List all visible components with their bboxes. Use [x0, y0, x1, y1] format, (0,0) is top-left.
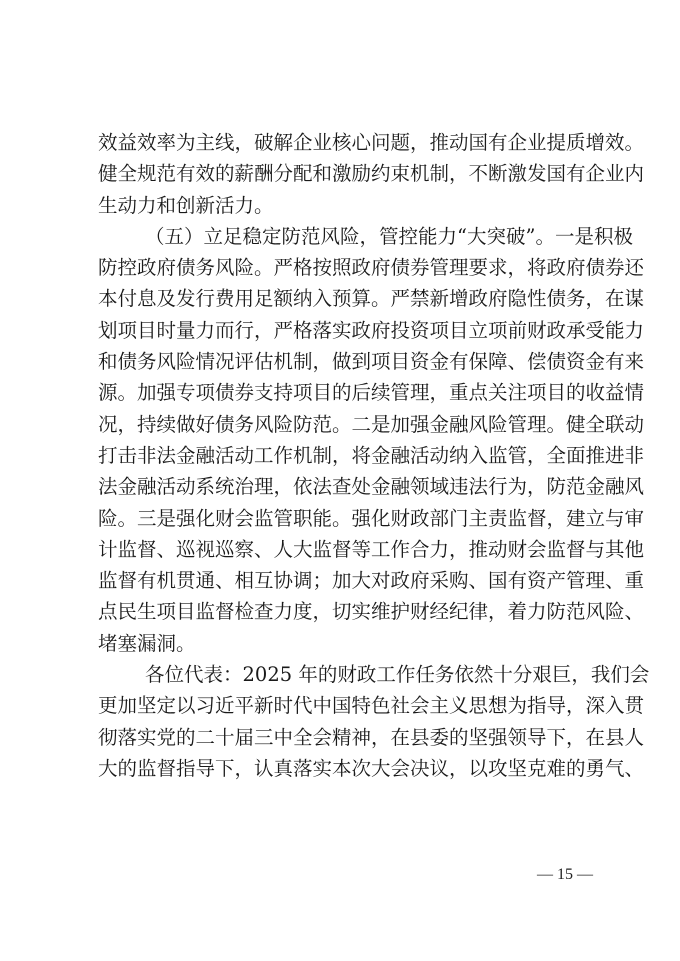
text-line: 监督有机贯通、相互协调；加大对政府采购、国有资产管理、重	[98, 565, 598, 596]
text-line: 生动力和创新活力。	[98, 190, 598, 221]
text-line: 险。三是强化财会监管职能。强化财政部门主责监督，建立与审	[98, 503, 598, 534]
text-line: 法金融活动系统治理，依法查处金融领域违法行为，防范金融风	[98, 471, 598, 502]
text-line: 和债务风险情况评估机制，做到项目资金有保障、偿债资金有来	[98, 346, 598, 377]
text-line: 大的监督指导下，认真落实本次大会决议，以攻坚克难的勇气、	[98, 753, 598, 784]
text-line: 况，持续做好债务风险防范。二是加强金融风险管理。健全联动	[98, 409, 598, 440]
text-line: 堵塞漏洞。	[98, 628, 598, 659]
text-line: 划项目时量力而行，严格落实政府投资项目立项前财政承受能力	[98, 315, 598, 346]
document-page: 效益效率为主线，破解企业核心问题，推动国有企业提质增效。 健全规范有效的薪酬分配…	[0, 0, 680, 961]
text-line: 点民生项目监督检查力度，切实维护财经纪律，着力防范风险、	[98, 596, 598, 627]
section-heading-line: （五）立足稳定防范风险，管控能力“大突破”。一是积极	[98, 221, 598, 252]
text-line: 效益效率为主线，破解企业核心问题，推动国有企业提质增效。	[98, 127, 598, 158]
text-line: 本付息及发行费用足额纳入预算。严禁新增政府隐性债务，在谋	[98, 283, 598, 314]
text-line: 防控政府债务风险。严格按照政府债券管理要求，将政府债券还	[98, 252, 598, 283]
body-text: 效益效率为主线，破解企业核心问题，推动国有企业提质增效。 健全规范有效的薪酬分配…	[98, 127, 598, 784]
text-line: 各位代表：2025 年的财政工作任务依然十分艰巨，我们会	[98, 659, 598, 690]
text-line: 更加坚定以习近平新时代中国特色社会主义思想为指导，深入贯	[98, 690, 598, 721]
text-line: 健全规范有效的薪酬分配和激励约束机制，不断激发国有企业内	[98, 158, 598, 189]
text-line: 源。加强专项债券支持项目的后续管理，重点关注项目的收益情	[98, 377, 598, 408]
page-number: — 15 —	[530, 866, 600, 884]
text-line: 彻落实党的二十届三中全会精神，在县委的坚强领导下，在县人	[98, 722, 598, 753]
text-line: 计监督、巡视巡察、人大监督等工作合力，推动财会监督与其他	[98, 534, 598, 565]
text-line: 打击非法金融活动工作机制，将金融活动纳入监管，全面推进非	[98, 440, 598, 471]
